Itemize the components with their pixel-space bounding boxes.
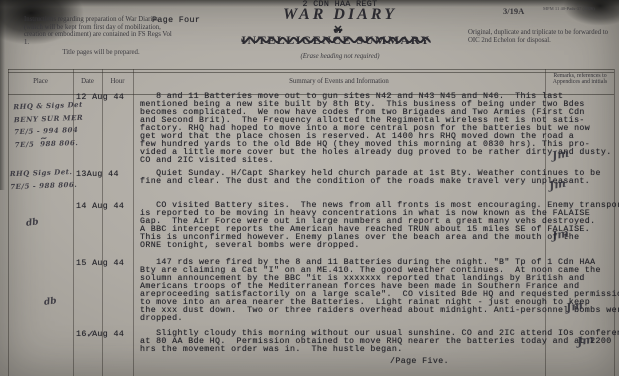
entry-date: 14 Aug 44 <box>76 202 124 211</box>
margin-initials: db <box>43 296 57 308</box>
entry-line: dropped. <box>140 315 619 323</box>
entry-line: hrs the movement order was in. The hustl… <box>140 346 619 354</box>
margin-note-line: 7E/5 988 806. <box>14 136 84 151</box>
margin-initials: db <box>25 217 39 229</box>
diary-entries: 12 Aug 44 8 and 11 Batteries move out to… <box>0 0 619 376</box>
margin-initials: ~ <box>39 134 48 145</box>
entry-text: Slightly cloudy this morning without our… <box>140 330 619 354</box>
entry-text: CO visited Battery sites. The news from … <box>140 202 619 250</box>
margin-note-handwritten: RHQ Sigs Det.7E/5 - 988 806. <box>10 166 78 193</box>
entry-date: 16 Aug 44 <box>76 330 124 339</box>
entry-line: fine and clear. The dust and the conditi… <box>140 178 601 186</box>
entry-text: Quiet Sunday. H/Capt Sharkey held church… <box>140 170 601 186</box>
entry-line: CO and 2IC visited sites. <box>140 157 612 165</box>
entry-text: 8 and 11 Batteries move out to gun sites… <box>140 93 612 165</box>
entry-date: 15 Aug 44 <box>76 259 124 268</box>
margin-initials: ✓ <box>85 330 94 341</box>
margin-note-line: 7E/5 - 988 806. <box>10 178 77 193</box>
margin-note-handwritten: RHQ & Sigs DetBENY SUR MER7E/5 - 994 804… <box>13 99 84 151</box>
entry-line: the xxx dust down. Two or three raiders … <box>140 307 619 315</box>
entry-text: 147 rds were fired by the 8 and 11 Batte… <box>140 259 619 323</box>
entry-date: 12 Aug 44 <box>76 93 124 102</box>
entry-date: 13Aug 44 <box>76 170 119 179</box>
next-page-note: /Page Five. <box>390 357 449 366</box>
war-diary-scan: { "form": { "instructions_left": "Instru… <box>0 0 619 376</box>
entry-line: ORNE tonight, several bombs were dropped… <box>140 242 619 250</box>
